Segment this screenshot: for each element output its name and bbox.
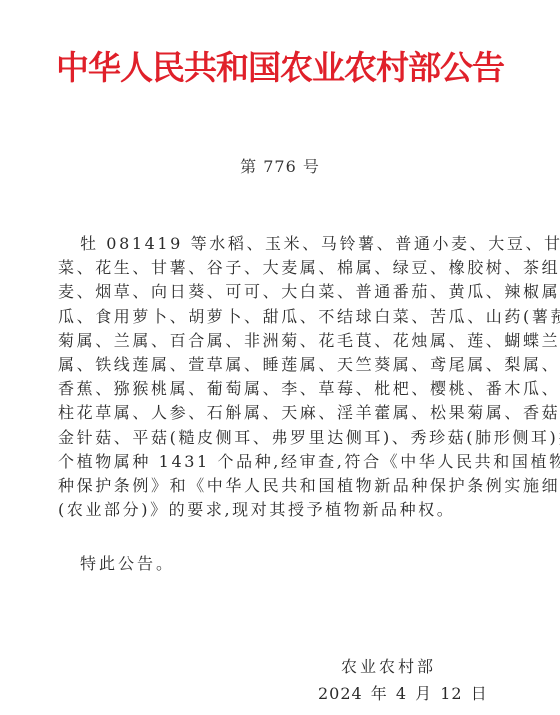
signature-organization: 农业农村部 — [341, 656, 436, 678]
body-line: 种保护条例》和《中华人民共和国植物新品种保护条例实施细则 — [58, 474, 518, 498]
body-line: 个植物属种 1431 个品种,经审查,符合《中华人民共和国植物新品 — [58, 450, 518, 474]
body-line: 香蕉、猕猴桃属、葡萄属、李、草莓、枇杷、樱桃、番木瓜、西番莲属、 — [58, 377, 518, 401]
signature-date: 2024 年 4 月 12 日 — [318, 683, 488, 705]
body-line: 菊属、兰属、百合属、非洲菊、花毛茛、花烛属、莲、蝴蝶兰属、秋海棠 — [58, 329, 518, 353]
body-line: 牡 081419 等水稻、玉米、马铃薯、普通小麦、大豆、甘蓝型油 — [58, 232, 518, 256]
body-line: 金针菇、平菇(糙皮侧耳、弗罗里达侧耳)、秀珍菇(肺形侧耳)共 68 — [58, 426, 518, 450]
body-line: (农业部分)》的要求,现对其授予植物新品种权。 — [58, 498, 518, 522]
body-line: 柱花草属、人参、石斛属、天麻、淫羊藿属、松果菊属、香菇、灵芝属、 — [58, 401, 518, 425]
document-title: 中华人民共和国农业农村部公告 — [0, 48, 560, 88]
closing-statement: 特此公告。 — [80, 552, 175, 576]
body-line: 属、铁线莲属、萱草属、睡莲属、天竺葵属、鸢尾属、梨属、桃、荔枝、 — [58, 353, 518, 377]
announcement-body: 牡 081419 等水稻、玉米、马铃薯、普通小麦、大豆、甘蓝型油 菜、花生、甘薯… — [58, 232, 518, 522]
body-line: 麦、烟草、向日葵、可可、大白菜、普通番茄、黄瓜、辣椒属、普通西 — [58, 280, 518, 304]
document-number: 第 776 号 — [0, 156, 560, 178]
body-line: 菜、花生、甘薯、谷子、大麦属、棉属、绿豆、橡胶树、茶组、甘蔗属、燕 — [58, 256, 518, 280]
body-line: 瓜、食用萝卜、胡萝卜、甜瓜、不结球白菜、苦瓜、山药(薯蓣)、芋、 — [58, 305, 518, 329]
